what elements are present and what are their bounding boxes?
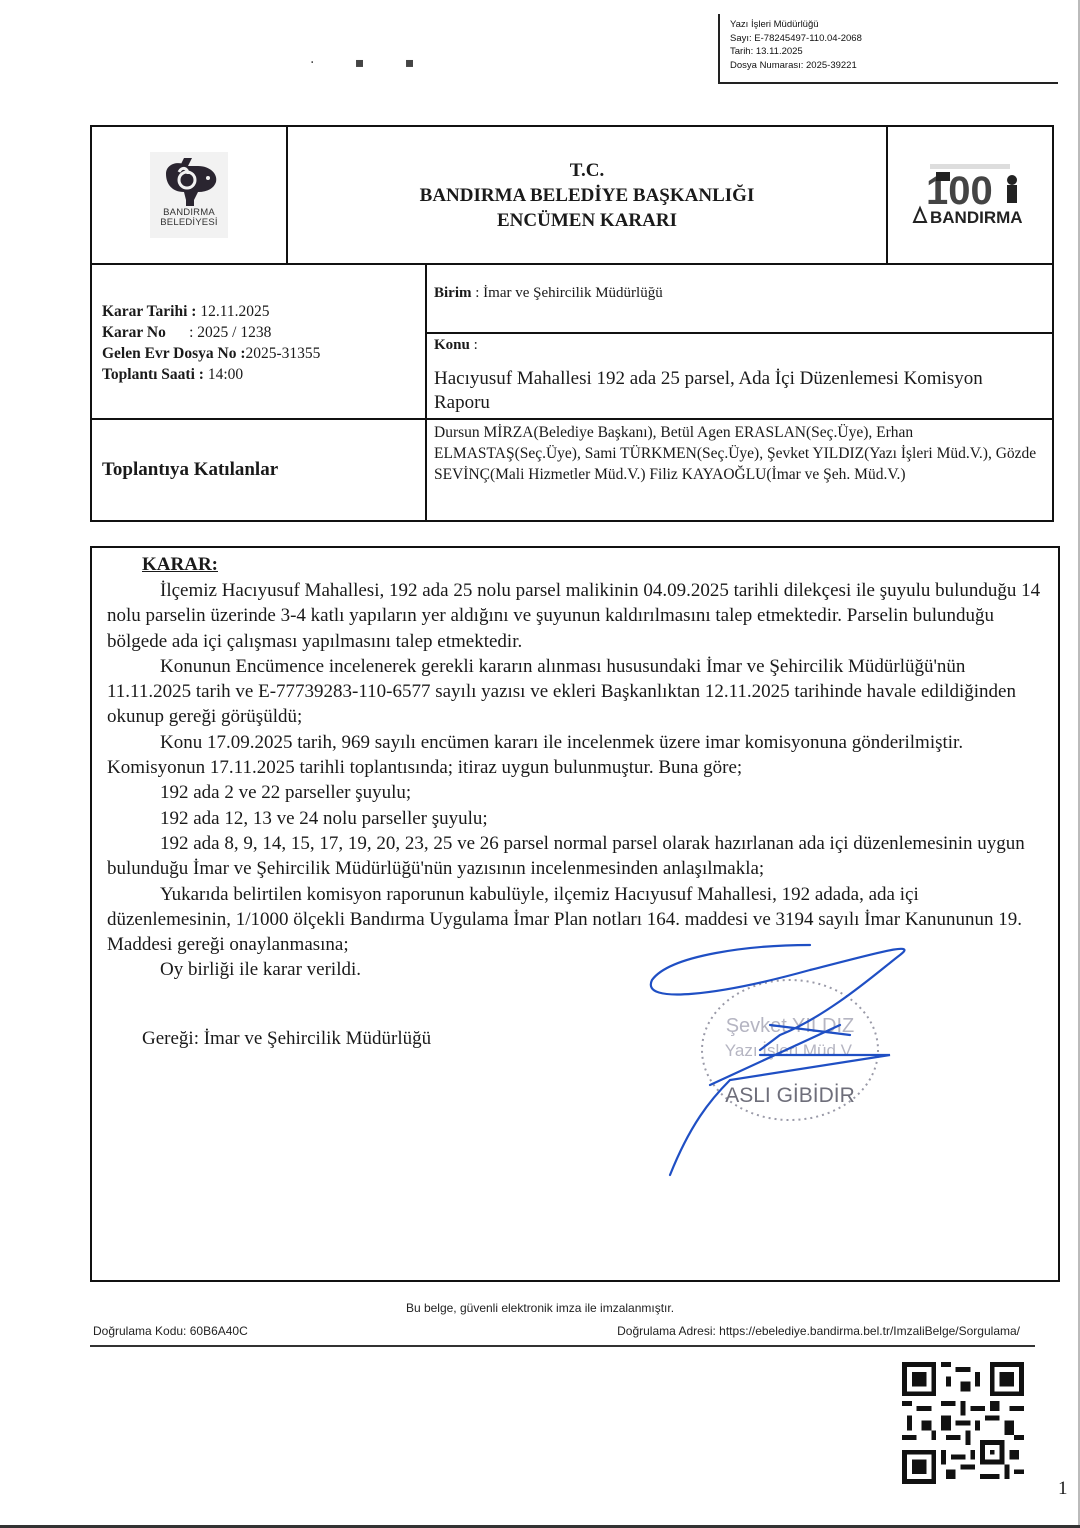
page-number: 1: [1058, 1478, 1068, 1500]
verification-address[interactable]: Doğrulama Adresi: https://ebelediye.band…: [617, 1324, 1020, 1338]
gelen-evr-row: Gelen Evr Dosya No :2025-31355: [102, 343, 320, 364]
karar-no-row: Karar No : 2025 / 1238: [102, 322, 320, 343]
stamp-dosya: Dosya Numarası: 2025-39221: [730, 59, 1058, 73]
birim-value: : İmar ve Şehircilik Müdürlüğü: [472, 285, 663, 301]
logo-line2: BELEDİYESİ: [160, 218, 217, 228]
kurtulusun-100-yili-logo-icon: 100 BANDIRMA: [910, 160, 1030, 230]
konu-value: Hacıyusuf Mahallesi 192 ada 25 parsel, A…: [434, 367, 1034, 415]
karar-no-value: : 2025 / 1238: [166, 324, 272, 341]
attendees-list: Dursun MİRZA(Belediye Başkanı), Betül Ag…: [434, 422, 1044, 485]
decision-text: İlçemiz Hacıyusuf Mahallesi, 192 ada 25 …: [107, 578, 1047, 983]
toplanti-saati-label: Toplantı Saati :: [102, 366, 204, 383]
karar-tarihi-label: Karar Tarihi :: [102, 303, 196, 320]
stamp-sayi: Sayı: E-78245497-110.04-2068: [730, 32, 1058, 46]
stamp-unit: Yazı İşleri Müdürlüğü: [730, 18, 1058, 32]
footer-divider: [90, 1345, 1035, 1347]
bandirma-belediyesi-logo: BANDIRMA BELEDİYESİ: [150, 152, 228, 238]
scan-specks: · ▪ ▪: [310, 55, 432, 71]
decision-meta: Karar Tarihi : 12.11.2025 Karar No : 202…: [102, 301, 320, 385]
decision-paragraph: 192 ada 12, 13 ve 24 nolu parseller şuyu…: [107, 806, 1047, 831]
divider: [425, 418, 1052, 420]
incoming-document-stamp: Yazı İşleri Müdürlüğü Sayı: E-78245497-1…: [718, 14, 1058, 84]
title-municipality: BANDIRMA BELEDİYE BAŞKANLIĞI: [420, 183, 755, 208]
divider: [425, 265, 427, 520]
karar-tarihi-row: Karar Tarihi : 12.11.2025: [102, 301, 320, 322]
title-encumen: ENCÜMEN KARARI: [497, 208, 677, 233]
birim-field: Birim : İmar ve Şehircilik Müdürlüğü: [434, 285, 663, 302]
karar-heading: KARAR:: [142, 554, 218, 576]
document-header: BANDIRMA BELEDİYESİ T.C. BANDIRMA BELEDİ…: [90, 125, 1054, 265]
konu-field: Konu :: [434, 337, 478, 354]
decision-paragraph: 192 ada 8, 9, 14, 15, 17, 19, 20, 23, 25…: [107, 831, 1047, 882]
document-title: T.C. BANDIRMA BELEDİYE BAŞKANLIĞI ENCÜME…: [288, 127, 886, 263]
decision-info-table: Karar Tarihi : 12.11.2025 Karar No : 202…: [90, 263, 1054, 522]
decision-paragraph: 192 ada 2 ve 22 parseller şuyulu;: [107, 780, 1047, 805]
gelen-evr-value: 2025-31355: [246, 345, 321, 362]
birim-label: Birim: [434, 285, 472, 301]
gelen-evr-label: Gelen Evr Dosya No :: [102, 345, 246, 362]
verification-code: Doğrulama Kodu: 60B6A40C: [93, 1324, 248, 1338]
attendees-label: Toplantıya Katılanlar: [102, 459, 278, 481]
konu-colon: :: [470, 337, 478, 353]
right-logo-cell: 100 BANDIRMA: [886, 127, 1052, 263]
svg-text:BANDIRMA: BANDIRMA: [930, 208, 1023, 227]
karar-no-label: Karar No: [102, 324, 166, 341]
qr-code-icon[interactable]: [902, 1362, 1024, 1484]
decision-paragraph: İlçemiz Hacıyusuf Mahallesi, 192 ada 25 …: [107, 578, 1047, 654]
divider: [425, 332, 1052, 334]
divider: [92, 418, 425, 420]
e-signature-notice: Bu belge, güvenli elektronik imza ile im…: [0, 1301, 1080, 1315]
karar-tarihi-value: 12.11.2025: [196, 303, 269, 320]
toplanti-saati-row: Toplantı Saati : 14:00: [102, 364, 320, 385]
stamp-tarih: Tarih: 13.11.2025: [730, 45, 1058, 59]
toplanti-saati-value: 14:00: [204, 366, 243, 383]
konu-label: Konu: [434, 337, 470, 353]
title-tc: T.C.: [570, 158, 604, 183]
handwritten-signature-icon: [630, 925, 930, 1185]
decision-paragraph: Konu 17.09.2025 tarih, 969 sayılı encüme…: [107, 730, 1047, 781]
left-logo-cell: BANDIRMA BELEDİYESİ: [92, 127, 288, 263]
geregi-line: Gereği: İmar ve Şehircilik Müdürlüğü: [142, 1028, 431, 1050]
bird-emblem-icon: [158, 156, 220, 208]
decision-paragraph: Konunun Encümence incelenerek gerekli ka…: [107, 654, 1047, 730]
